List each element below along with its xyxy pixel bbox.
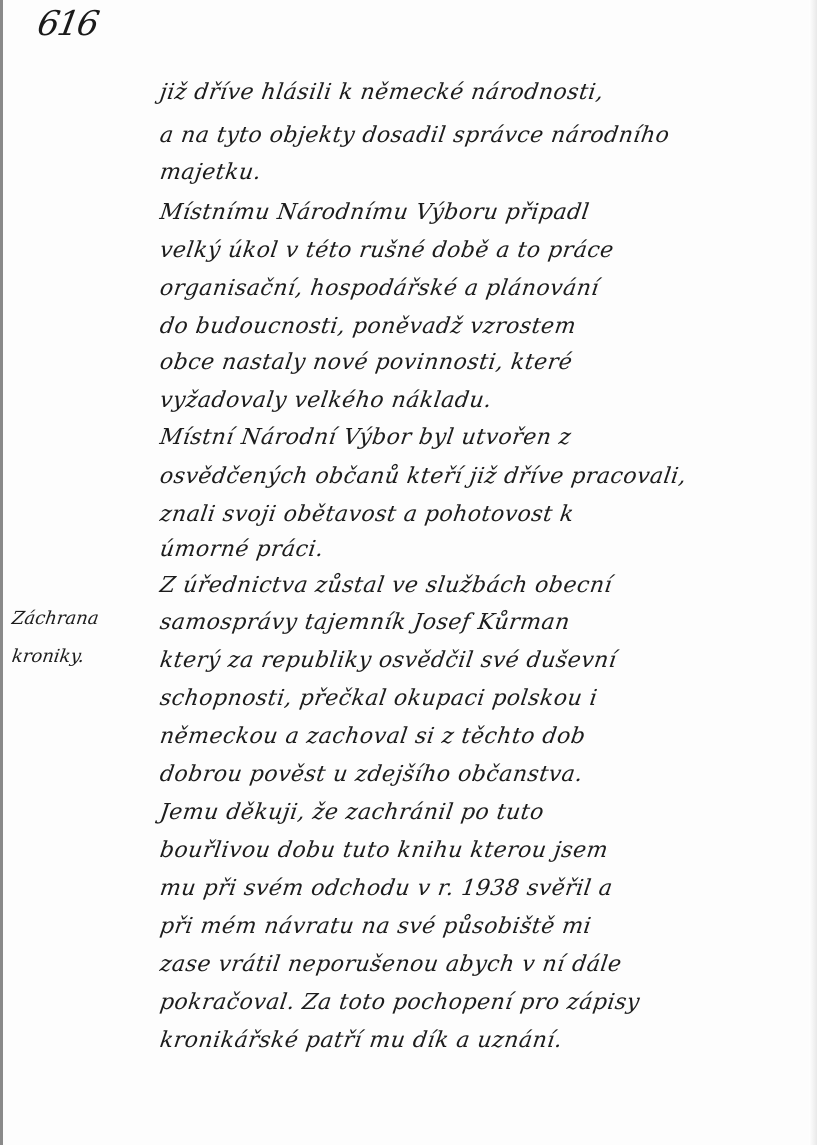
text-line: zase vrátil neporušenou abych v ní dále	[158, 952, 623, 977]
text-line: znali svoji obětavost a pohotovost k	[158, 502, 575, 527]
text-line: Z úřednictva zůstal ve službách obecní	[158, 573, 614, 598]
text-line: majetku.	[158, 160, 263, 185]
text-line: Místní Národní Výbor byl utvořen z	[158, 425, 573, 450]
scan-left-edge	[0, 0, 3, 1145]
text-line: při mém návratu na své působiště mi	[158, 914, 593, 939]
text-line: již dříve hlásili k německé národnosti,	[158, 80, 605, 105]
text-line: osvědčených občanů kteří již dříve praco…	[158, 464, 688, 489]
margin-note-line: Záchrana	[11, 608, 101, 629]
text-line: do budoucnosti, poněvadž vzrostem	[158, 314, 577, 339]
text-line: úmorné práci.	[158, 537, 325, 562]
scan-right-edge	[809, 0, 817, 1145]
text-line: a na tyto objekty dosadil správce národn…	[158, 123, 671, 148]
text-line: německou a zachoval si z těchto dob	[158, 724, 587, 749]
text-line: kronikářské patří mu dík a uznání.	[158, 1028, 564, 1053]
margin-note-line: kroniky.	[11, 646, 86, 667]
text-line: Jemu děkuji, že zachránil po tuto	[158, 800, 545, 825]
text-line: pokračoval. Za toto pochopení pro zápisy	[158, 990, 641, 1015]
text-line: bouřlivou dobu tuto knihu kterou jsem	[158, 838, 610, 863]
text-line: samosprávy tajemník Josef Kůrman	[158, 610, 571, 635]
text-line: vyžadovaly velkého nákladu.	[158, 388, 493, 413]
page-number: 616	[34, 4, 100, 44]
chronicle-page: 616 Záchrana kroniky. již dříve hlásili …	[0, 0, 817, 1145]
text-line: dobrou pověst u zdejšího občanstva.	[158, 762, 584, 787]
text-line: schopnosti, přečkal okupaci polskou i	[158, 686, 599, 711]
text-line: velký úkol v této rušné době a to práce	[158, 238, 615, 263]
text-line: mu při svém odchodu v r. 1938 svěřil a	[158, 876, 614, 901]
text-line: obce nastaly nové povinnosti, které	[158, 350, 574, 375]
text-line: organisační, hospodářské a plánování	[158, 276, 600, 301]
text-line: Místnímu Národnímu Výboru připadl	[158, 200, 591, 225]
text-line: který za republiky osvědčil své duševní	[158, 648, 618, 673]
